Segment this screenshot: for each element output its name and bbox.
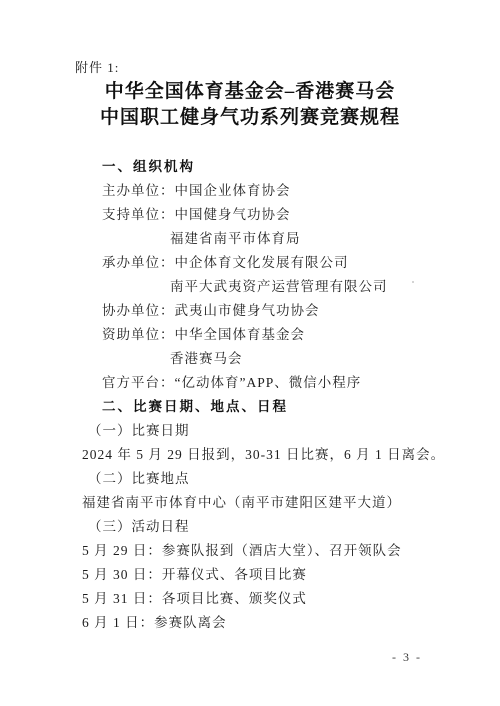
organizer-entry-host: 主办单位： 中国企业体育协会 [102, 179, 474, 203]
entry-value-continuation: 香港赛马会 [170, 347, 474, 371]
attachment-label: 附件 1: [75, 57, 119, 76]
organizer-entry-support: 支持单位： 中国健身气功协会 [102, 203, 474, 227]
entry-value: 中企体育文化发展有限公司 [175, 251, 349, 275]
document-title-line1: 中华全国体育基金会–香港赛马会 [0, 79, 500, 105]
document-page: 附件 1: 中华全国体育基金会–香港赛马会 中国职工健身气功系列赛竞赛规程 一、… [0, 0, 500, 706]
entry-label: 协办单位： [102, 299, 175, 323]
entry-value: 中国健身气功协会 [175, 203, 291, 227]
entry-label: 官方平台： [102, 371, 175, 395]
paragraph-competition-date: 2024 年 5 月 29 日报到，30-31 日比赛，6 月 1 日离会。 [82, 443, 474, 467]
page-number: - 3 - [0, 650, 422, 665]
subsection-heading-venue: （二）比赛地点 [88, 467, 474, 491]
scan-speck [412, 281, 414, 283]
entry-label: 主办单位： [102, 179, 175, 203]
schedule-line-may30: 5 月 30 日：开幕仪式、各项目比赛 [82, 563, 474, 587]
document-title-line2: 中国职工健身气功系列赛竞赛规程 [0, 105, 500, 131]
schedule-line-jun1: 6 月 1 日：参赛队离会 [82, 611, 474, 635]
organizer-entry-undertaker: 承办单位： 中企体育文化发展有限公司 [102, 251, 474, 275]
paragraph-competition-venue: 福建省南平市体育中心（南平市建阳区建平大道） [82, 491, 474, 515]
entry-label: 承办单位： [102, 251, 175, 275]
document-body: 一、组织机构 主办单位： 中国企业体育协会 支持单位： 中国健身气功协会 福建省… [82, 155, 474, 635]
scan-speck [388, 80, 391, 83]
entry-label: 资助单位： [102, 323, 175, 347]
document-title: 中华全国体育基金会–香港赛马会 中国职工健身气功系列赛竞赛规程 [0, 79, 500, 131]
organizer-entry-sponsor: 资助单位： 中华全国体育基金会 [102, 323, 474, 347]
entry-label: 支持单位： [102, 203, 175, 227]
organizer-entry-coorganizer: 协办单位： 武夷山市健身气功协会 [102, 299, 474, 323]
section-two-heading: 二、比赛日期、地点、日程 [102, 395, 474, 419]
subsection-heading-agenda: （三）活动日程 [88, 515, 474, 539]
subsection-heading-date: （一）比赛日期 [88, 419, 474, 443]
entry-value: “亿动体育”APP、微信小程序 [175, 371, 362, 395]
organizer-entry-platform: 官方平台： “亿动体育”APP、微信小程序 [102, 371, 474, 395]
entry-value: 武夷山市健身气功协会 [175, 299, 320, 323]
section-one-heading: 一、组织机构 [102, 155, 474, 179]
entry-value-continuation: 福建省南平市体育局 [170, 227, 474, 251]
schedule-line-may31: 5 月 31 日：各项目比赛、颁奖仪式 [82, 587, 474, 611]
entry-value: 中华全国体育基金会 [175, 323, 306, 347]
schedule-line-may29: 5 月 29 日：参赛队报到（酒店大堂）、召开领队会 [82, 539, 474, 563]
entry-value: 中国企业体育协会 [175, 179, 291, 203]
entry-value-continuation: 南平大武夷资产运营管理有限公司 [170, 275, 474, 299]
